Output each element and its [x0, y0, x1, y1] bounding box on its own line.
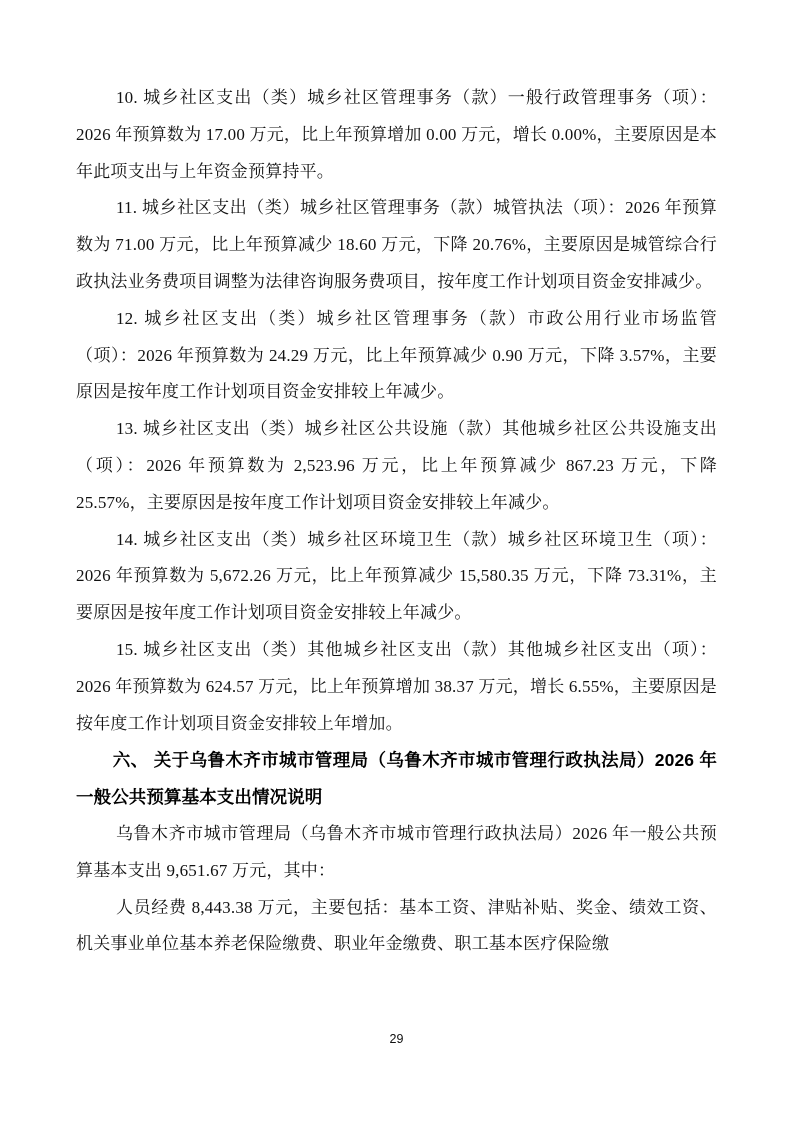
budget-item-paragraph-15: 15. 城乡社区支出（类）其他城乡社区支出（款）其他城乡社区支出（项）：2026…: [76, 632, 717, 742]
page-number: 29: [0, 1032, 793, 1046]
budget-item-paragraph-10: 10. 城乡社区支出（类）城乡社区管理事务（款）一般行政管理事务（项）：2026…: [76, 80, 717, 190]
document-page: 10. 城乡社区支出（类）城乡社区管理事务（款）一般行政管理事务（项）：2026…: [0, 0, 793, 1122]
personnel-expense-paragraph: 人员经费 8,443.38 万元，主要包括：基本工资、津贴补贴、奖金、绩效工资、…: [76, 890, 717, 964]
document-body: 10. 城乡社区支出（类）城乡社区管理事务（款）一般行政管理事务（项）：2026…: [76, 80, 717, 963]
budget-item-paragraph-13: 13. 城乡社区支出（类）城乡社区公共设施（款）其他城乡社区公共设施支出（项）：…: [76, 411, 717, 521]
basic-expenditure-summary-paragraph: 乌鲁木齐市城市管理局（乌鲁木齐市城市管理行政执法局）2026 年一般公共预算基本…: [76, 816, 717, 890]
budget-item-paragraph-14: 14. 城乡社区支出（类）城乡社区环境卫生（款）城乡社区环境卫生（项）：2026…: [76, 522, 717, 632]
budget-item-paragraph-11: 11. 城乡社区支出（类）城乡社区管理事务（款）城管执法（项）：2026 年预算…: [76, 190, 717, 300]
budget-item-paragraph-12: 12. 城乡社区支出（类）城乡社区管理事务（款）市政公用行业市场监管（项）：20…: [76, 301, 717, 411]
section-heading-six: 六、 关于乌鲁木齐市城市管理局（乌鲁木齐市城市管理行政执法局）2026 年一般公…: [76, 742, 717, 816]
